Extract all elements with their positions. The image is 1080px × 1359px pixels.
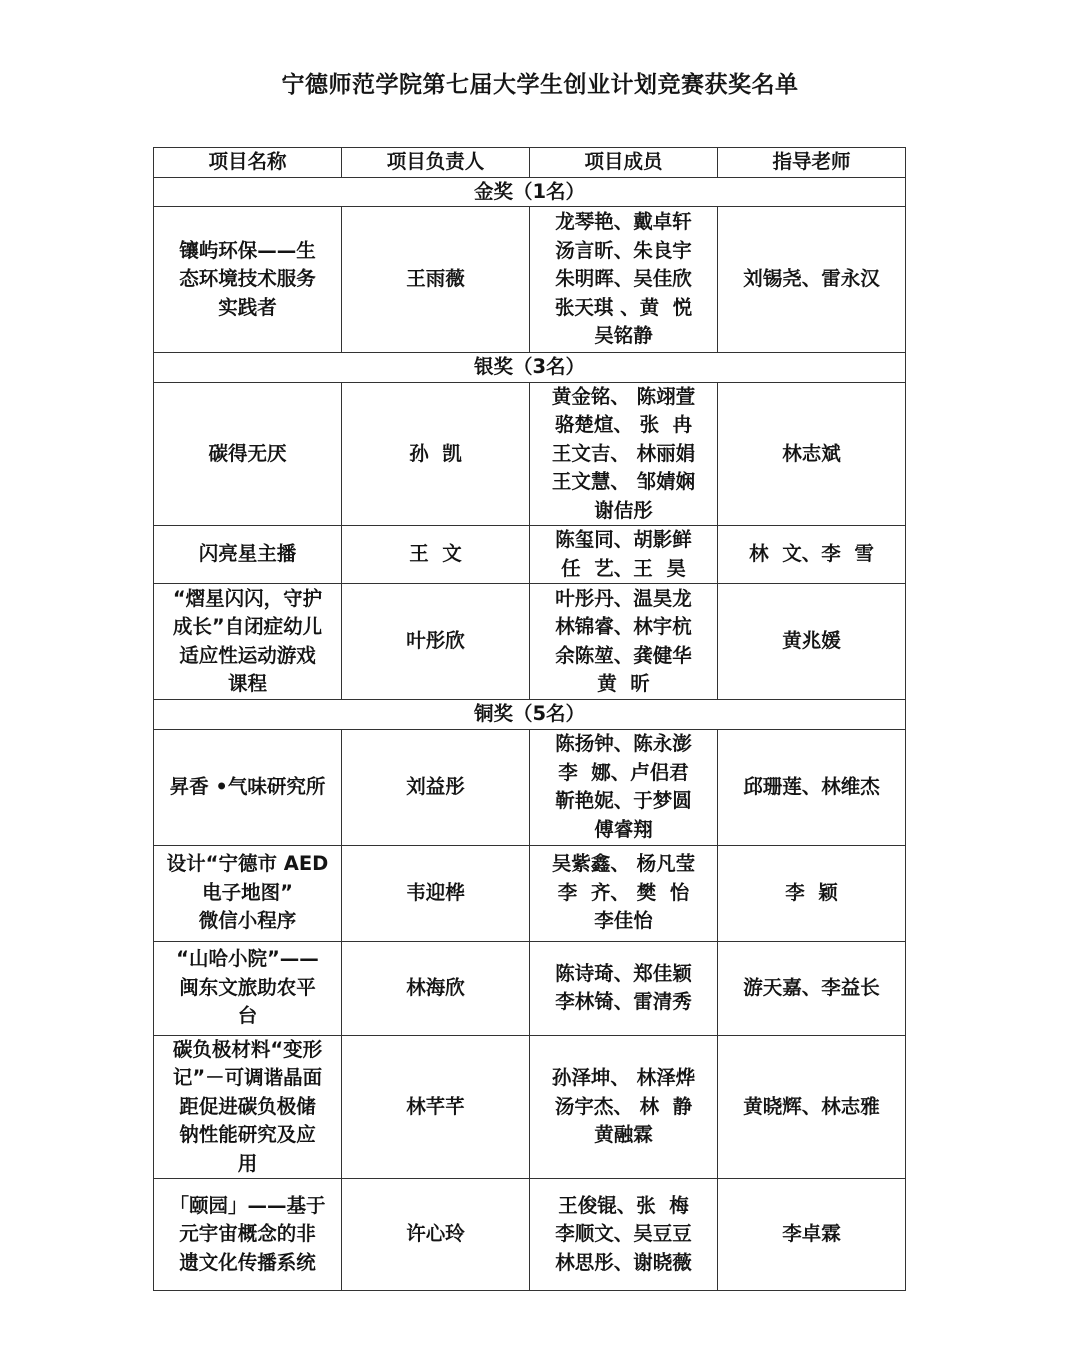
project-name-line: 用: [160, 1150, 335, 1179]
section-row: 银奖（3名）: [154, 353, 906, 383]
header-project-leader: 项目负责人: [342, 148, 530, 178]
project-name-cell: 碳得无厌: [154, 382, 342, 526]
member-line: 骆楚煊、 张 冉: [536, 411, 711, 440]
project-name-cell: 镶屿环保——生态环境技术服务实践者: [154, 207, 342, 353]
project-name-cell: “熠星闪闪，守护成长”自闭症幼儿适应性运动游戏课程: [154, 584, 342, 700]
project-leader-cell: 林海欣: [342, 941, 530, 1035]
project-name-cell: 昇香 •气味研究所: [154, 729, 342, 845]
member-line: 汤宇杰、 林 静: [536, 1093, 711, 1122]
table-row: “熠星闪闪，守护成长”自闭症幼儿适应性运动游戏课程叶彤欣叶彤丹、温昊龙林锦睿、林…: [154, 584, 906, 700]
project-members-cell: 龙琴艳、戴卓轩汤言昕、朱良宇朱明晖、吴佳欣张天琪 、黄 悦吴铭静: [530, 207, 718, 353]
project-name-line: 记”－可调谐晶面: [160, 1064, 335, 1093]
project-leader-cell: 韦迎桦: [342, 845, 530, 941]
project-name-line: 适应性运动游戏: [160, 642, 335, 671]
project-leader-cell: 孙 凯: [342, 382, 530, 526]
member-line: 陈玺同、胡影鲜: [536, 526, 711, 555]
project-name-line: 碳得无厌: [160, 440, 335, 469]
member-line: 傅睿翔: [536, 816, 711, 845]
member-line: 黄金铭、 陈翊萱: [536, 383, 711, 412]
member-line: 叶彤丹、温昊龙: [536, 585, 711, 614]
project-members-cell: 王俊锟、张 梅李顺文、吴豆豆林思彤、谢晓薇: [530, 1179, 718, 1291]
member-line: 李顺文、吴豆豆: [536, 1220, 711, 1249]
project-name-line: 台: [160, 1002, 335, 1031]
project-leader-cell: 王 文: [342, 526, 530, 584]
member-line: 黄融霖: [536, 1121, 711, 1150]
project-name-cell: “山哈小院”——闽东文旅助农平台: [154, 941, 342, 1035]
project-members-cell: 陈诗琦、郑佳颖李林锜、雷清秀: [530, 941, 718, 1035]
header-project-members: 项目成员: [530, 148, 718, 178]
project-name-line: 闪亮星主播: [160, 540, 335, 569]
project-name-line: 实践者: [160, 294, 335, 323]
table-row: 闪亮星主播王 文陈玺同、胡影鲜任 艺、王 昊林 文、李 雪: [154, 526, 906, 584]
member-line: 汤言昕、朱良宇: [536, 237, 711, 266]
project-leader-cell: 林芊芊: [342, 1035, 530, 1179]
advisor-cell: 黄兆媛: [718, 584, 906, 700]
member-line: 陈扬钟、陈永澎: [536, 730, 711, 759]
member-line: 孙泽坤、 林泽烨: [536, 1064, 711, 1093]
project-name-line: 「颐园」——基于: [160, 1192, 335, 1221]
member-line: 黄 昕: [536, 670, 711, 699]
advisor-cell: 刘锡尧、雷永汉: [718, 207, 906, 353]
table-row: 设计“宁德市 AED电子地图”微信小程序韦迎桦吴紫鑫、 杨凡莹李 齐、 樊 怡李…: [154, 845, 906, 941]
advisor-cell: 李 颖: [718, 845, 906, 941]
table-header-row: 项目名称 项目负责人 项目成员 指导老师: [154, 148, 906, 178]
project-name-line: 微信小程序: [160, 907, 335, 936]
header-advisor: 指导老师: [718, 148, 906, 178]
project-name-cell: 设计“宁德市 AED电子地图”微信小程序: [154, 845, 342, 941]
project-members-cell: 陈玺同、胡影鲜任 艺、王 昊: [530, 526, 718, 584]
advisor-cell: 林志斌: [718, 382, 906, 526]
table-body: 金奖（1名）镶屿环保——生态环境技术服务实践者王雨薇龙琴艳、戴卓轩汤言昕、朱良宇…: [154, 177, 906, 1291]
member-line: 任 艺、王 昊: [536, 555, 711, 584]
project-name-line: 距促进碳负极储: [160, 1093, 335, 1122]
member-line: 龙琴艳、戴卓轩: [536, 208, 711, 237]
project-leader-cell: 许心玲: [342, 1179, 530, 1291]
award-section-label: 银奖（3名）: [154, 353, 906, 383]
project-members-cell: 陈扬钟、陈永澎李 娜、卢侣君靳艳妮、于梦圆傅睿翔: [530, 729, 718, 845]
project-name-line: 钠性能研究及应: [160, 1121, 335, 1150]
member-line: 王文慧、 邹婧娴: [536, 468, 711, 497]
member-line: 朱明晖、吴佳欣: [536, 265, 711, 294]
project-members-cell: 黄金铭、 陈翊萱骆楚煊、 张 冉王文吉、 林丽娟王文慧、 邹婧娴谢佶彤: [530, 382, 718, 526]
member-line: 林思彤、谢晓薇: [536, 1249, 711, 1278]
advisor-cell: 游天嘉、李益长: [718, 941, 906, 1035]
table-row: 「颐园」——基于元宇宙概念的非遗文化传播系统许心玲王俊锟、张 梅李顺文、吴豆豆林…: [154, 1179, 906, 1291]
project-leader-cell: 叶彤欣: [342, 584, 530, 700]
section-row: 金奖（1名）: [154, 177, 906, 207]
member-line: 李 齐、 樊 怡: [536, 879, 711, 908]
project-name-line: 遗文化传播系统: [160, 1249, 335, 1278]
project-name-line: 闽东文旅助农平: [160, 974, 335, 1003]
member-line: 谢佶彤: [536, 497, 711, 526]
project-name-line: 碳负极材料“变形: [160, 1036, 335, 1065]
member-line: 林锦睿、林宇杭: [536, 613, 711, 642]
advisor-cell: 黄晓辉、林志雅: [718, 1035, 906, 1179]
member-line: 吴紫鑫、 杨凡莹: [536, 850, 711, 879]
table-row: 昇香 •气味研究所刘益彤陈扬钟、陈永澎李 娜、卢侣君靳艳妮、于梦圆傅睿翔邱珊莲、…: [154, 729, 906, 845]
advisor-cell: 邱珊莲、林维杰: [718, 729, 906, 845]
award-table: 项目名称 项目负责人 项目成员 指导老师 金奖（1名）镶屿环保——生态环境技术服…: [153, 147, 906, 1291]
member-line: 吴铭静: [536, 322, 711, 351]
project-name-line: 态环境技术服务: [160, 265, 335, 294]
section-row: 铜奖（5名）: [154, 700, 906, 730]
project-members-cell: 孙泽坤、 林泽烨汤宇杰、 林 静黄融霖: [530, 1035, 718, 1179]
project-name-cell: 闪亮星主播: [154, 526, 342, 584]
member-line: 余陈堃、龚健华: [536, 642, 711, 671]
member-line: 李林锜、雷清秀: [536, 988, 711, 1017]
member-line: 王文吉、 林丽娟: [536, 440, 711, 469]
advisor-cell: 李卓霖: [718, 1179, 906, 1291]
project-members-cell: 吴紫鑫、 杨凡莹李 齐、 樊 怡李佳怡: [530, 845, 718, 941]
project-name-line: “熠星闪闪，守护: [160, 585, 335, 614]
member-line: 李佳怡: [536, 907, 711, 936]
table-row: 镶屿环保——生态环境技术服务实践者王雨薇龙琴艳、戴卓轩汤言昕、朱良宇朱明晖、吴佳…: [154, 207, 906, 353]
project-name-cell: 「颐园」——基于元宇宙概念的非遗文化传播系统: [154, 1179, 342, 1291]
project-name-cell: 碳负极材料“变形记”－可调谐晶面距促进碳负极储钠性能研究及应用: [154, 1035, 342, 1179]
project-name-line: 元宇宙概念的非: [160, 1220, 335, 1249]
member-line: 王俊锟、张 梅: [536, 1192, 711, 1221]
project-leader-cell: 王雨薇: [342, 207, 530, 353]
project-name-line: 设计“宁德市 AED: [160, 850, 335, 879]
project-name-line: 课程: [160, 670, 335, 699]
table-row: 碳负极材料“变形记”－可调谐晶面距促进碳负极储钠性能研究及应用林芊芊孙泽坤、 林…: [154, 1035, 906, 1179]
award-section-label: 金奖（1名）: [154, 177, 906, 207]
header-project-name: 项目名称: [154, 148, 342, 178]
table-row: “山哈小院”——闽东文旅助农平台林海欣陈诗琦、郑佳颖李林锜、雷清秀游天嘉、李益长: [154, 941, 906, 1035]
document-title: 宁德师范学院第七届大学生创业计划竞赛获奖名单: [0, 66, 1080, 99]
member-line: 张天琪 、黄 悦: [536, 294, 711, 323]
project-name-line: 成长”自闭症幼儿: [160, 613, 335, 642]
project-leader-cell: 刘益彤: [342, 729, 530, 845]
project-name-line: 昇香 •气味研究所: [160, 773, 335, 802]
project-members-cell: 叶彤丹、温昊龙林锦睿、林宇杭余陈堃、龚健华黄 昕: [530, 584, 718, 700]
member-line: 李 娜、卢侣君: [536, 759, 711, 788]
advisor-cell: 林 文、李 雪: [718, 526, 906, 584]
table-row: 碳得无厌孙 凯黄金铭、 陈翊萱骆楚煊、 张 冉王文吉、 林丽娟王文慧、 邹婧娴谢…: [154, 382, 906, 526]
project-name-line: 镶屿环保——生: [160, 237, 335, 266]
member-line: 靳艳妮、于梦圆: [536, 787, 711, 816]
award-section-label: 铜奖（5名）: [154, 700, 906, 730]
project-name-line: “山哈小院”——: [160, 945, 335, 974]
member-line: 陈诗琦、郑佳颖: [536, 960, 711, 989]
project-name-line: 电子地图”: [160, 879, 335, 908]
